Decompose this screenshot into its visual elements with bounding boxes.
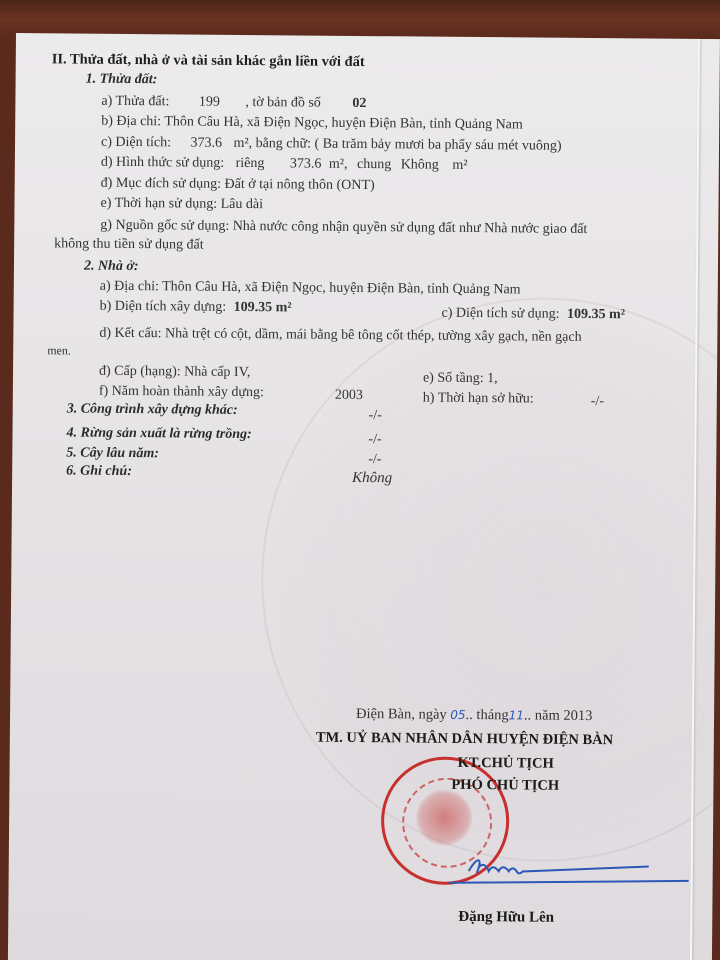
land-parcel-row: a) Thửa đất: 199 , tờ bản đồ số 02 (101, 94, 366, 112)
area-value: 373.6 (190, 136, 222, 151)
map-sheet-number: 02 (352, 96, 366, 111)
floor-area-row: c) Diện tích sử dụng: 109.35 m² (441, 306, 625, 324)
day-handwritten: 05 (450, 708, 465, 722)
other-item-value: -/- (368, 432, 381, 448)
house-grade: đ) Cấp (hạng): Nhà cấp IV, (99, 364, 251, 381)
signer-role-2: PHÓ CHỦ TỊCH (451, 777, 559, 795)
land-heading: 1. Thửa đất: (86, 72, 158, 89)
construction-area-label: b) Diện tích xây dựng: (100, 299, 227, 315)
issuing-authority: TM. UỶ BAN NHÂN DÂN HUYỆN ĐIỆN BÀN (316, 730, 613, 750)
house-address: a) Địa chỉ: Thôn Câu Hà, xã Điện Ngọc, h… (100, 279, 521, 299)
unit: m² (452, 158, 467, 173)
usage-origin-line1: g) Nguồn gốc sử dụng: Nhà nước công nhận… (100, 218, 587, 238)
construction-area-value: 109.35 m² (234, 300, 292, 316)
place-label: Điện Bàn, ngày (356, 706, 447, 723)
shared-area: Không (401, 157, 439, 172)
handwritten-signature (449, 849, 709, 891)
private-area: 373.6 (290, 156, 322, 171)
month-label: tháng (476, 707, 508, 723)
shared-label: chung (357, 157, 391, 172)
signer-name: Đặng Hữu Lên (458, 909, 554, 927)
completion-year: 2003 (335, 388, 363, 404)
parcel-label: a) Thửa đất: (101, 94, 169, 110)
floor-count: e) Số tầng: 1, (423, 371, 498, 388)
usage-origin-line2: không thu tiền sử dụng đất (54, 236, 204, 253)
certificate-page: II. Thửa đất, nhà ở và tài sản khác gắn … (8, 33, 720, 960)
other-item-label: 5. Cây lâu năm: (66, 445, 159, 462)
floor-area-label: c) Diện tích sử dụng: (442, 306, 560, 322)
signer-role-1: KT.CHỦ TỊCH (458, 755, 554, 773)
land-address: b) Địa chỉ: Thôn Câu Hà, xã Điện Ngọc, h… (101, 114, 523, 134)
section-title: II. Thửa đất, nhà ở và tài sản khác gắn … (52, 51, 365, 71)
private-label: riêng (236, 156, 265, 171)
usage-form-label: d) Hình thức sử dụng: (101, 155, 224, 171)
land-area-row: c) Diện tích: 373.6 m², bằng chữ: ( Ba t… (101, 135, 562, 155)
other-item-label: 6. Ghi chú: (66, 463, 132, 480)
construction-area-row: b) Diện tích xây dựng: 109.35 m² (100, 299, 292, 317)
floor-area-value: 109.35 m² (567, 307, 625, 323)
other-item-value: -/- (369, 408, 382, 424)
year-label: năm 2013 (535, 708, 593, 725)
structure-line1: d) Kết cấu: Nhà trệt có cột, dầm, mái bằ… (99, 326, 581, 346)
other-item-label: 3. Công trình xây dựng khác: (67, 401, 238, 418)
area-in-words: m², bằng chữ: ( Ba trăm bảy mươi ba phẩy… (233, 136, 561, 154)
ownership-term-value: -/- (591, 394, 604, 410)
other-item-value: Không (352, 470, 392, 487)
other-item-value: -/- (368, 452, 381, 468)
map-sheet-label: , tờ bản đồ số (245, 95, 321, 111)
area-label: c) Diện tích: (101, 135, 171, 151)
other-item-label: 4. Rừng sản xuất là rừng trồng: (66, 425, 251, 443)
ownership-term-label: h) Thời hạn sở hữu: (423, 391, 534, 408)
house-heading: 2. Nhà ở: (84, 259, 139, 275)
usage-purpose: đ) Mục đích sử dụng: Đất ở tại nông thôn… (101, 176, 375, 194)
completion-label: f) Năm hoàn thành xây dựng: (99, 384, 264, 401)
usage-term: e) Thời hạn sử dụng: Lâu dài (100, 196, 263, 213)
unit: m², (329, 157, 348, 172)
structure-line2: men. (47, 343, 71, 358)
usage-form-row: d) Hình thức sử dụng: riêng 373.6 m², ch… (101, 155, 468, 174)
month-handwritten: 11 (509, 708, 524, 722)
parcel-number: 199 (199, 95, 220, 110)
place-date: Điện Bàn, ngày 05.. tháng11.. năm 2013 (356, 706, 592, 725)
